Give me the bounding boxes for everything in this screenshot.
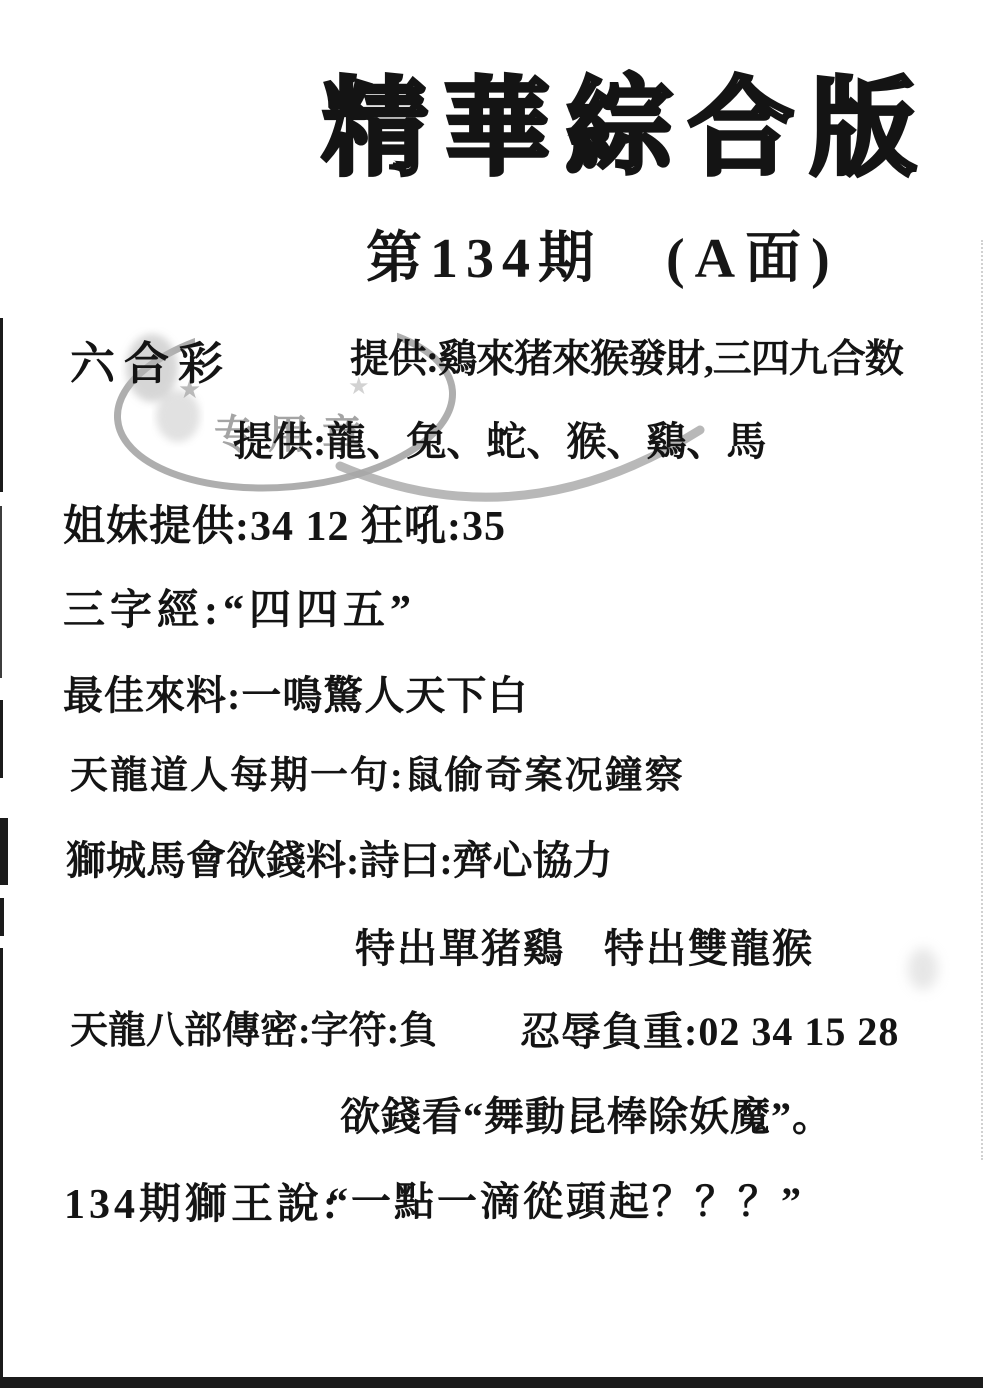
line-tianlong-babu: 天龍八部傳密:字符:負	[70, 1012, 437, 1050]
line-lion-city-poem: 獅城馬會欲錢料:詩曰:齊心協力	[66, 841, 613, 881]
line-tianlong-daoren: 天龍道人每期一句:鼠偷奇案况鐘察	[70, 757, 685, 795]
line-three-char-classic: 三字經:“四四五”	[63, 590, 416, 632]
left-border-segment	[0, 700, 3, 778]
line-yuqian-look: 欲錢看“舞動昆棒除妖魔”。	[340, 1097, 833, 1137]
line-lion-king-quote: “一點一滴從頭起？？？”	[328, 1182, 804, 1222]
left-border-segment	[0, 948, 3, 1378]
line-endure-numbers: 忍辱負重:02 34 15 28	[520, 1012, 899, 1052]
line-sisters-numbers: 姐妹提供:34 12 狂吼:35	[63, 506, 506, 548]
line-zodiac-tips: 提供:龍、兔、蛇、猴、鷄、馬	[233, 422, 766, 462]
side-label: (A面)	[666, 214, 840, 294]
subtitle-row: 第134期 (A面)	[366, 214, 840, 294]
left-border-segment	[0, 506, 2, 678]
left-border-segment	[0, 318, 3, 492]
line-liuhecai-text: 提供:鷄來猪來猴發財,三四九合数	[350, 340, 903, 379]
line-special-single: 特出單猪鷄	[355, 929, 565, 969]
issue-number: 第134期	[366, 214, 602, 294]
line-lion-king-prefix: 134期獅王說:	[64, 1184, 341, 1226]
line-best-material: 最佳來料:一鳴驚人天下白	[63, 676, 528, 716]
bottom-border-bar	[0, 1377, 983, 1388]
line-special-double: 特出雙龍猴	[604, 929, 814, 969]
left-border-segment	[0, 898, 4, 936]
stamp-smudge	[156, 390, 200, 442]
tip-sheet-page: ★ ★ 专用章 精華綜合版 第134期 (A面) 六合彩 提供:鷄來猪來猴發財,…	[0, 0, 983, 1388]
page-title: 精華綜合版	[322, 72, 932, 189]
left-border-segment	[0, 818, 8, 885]
line-liuhecai-prefix: 六合彩	[70, 342, 232, 387]
scan-smudge	[908, 948, 938, 990]
